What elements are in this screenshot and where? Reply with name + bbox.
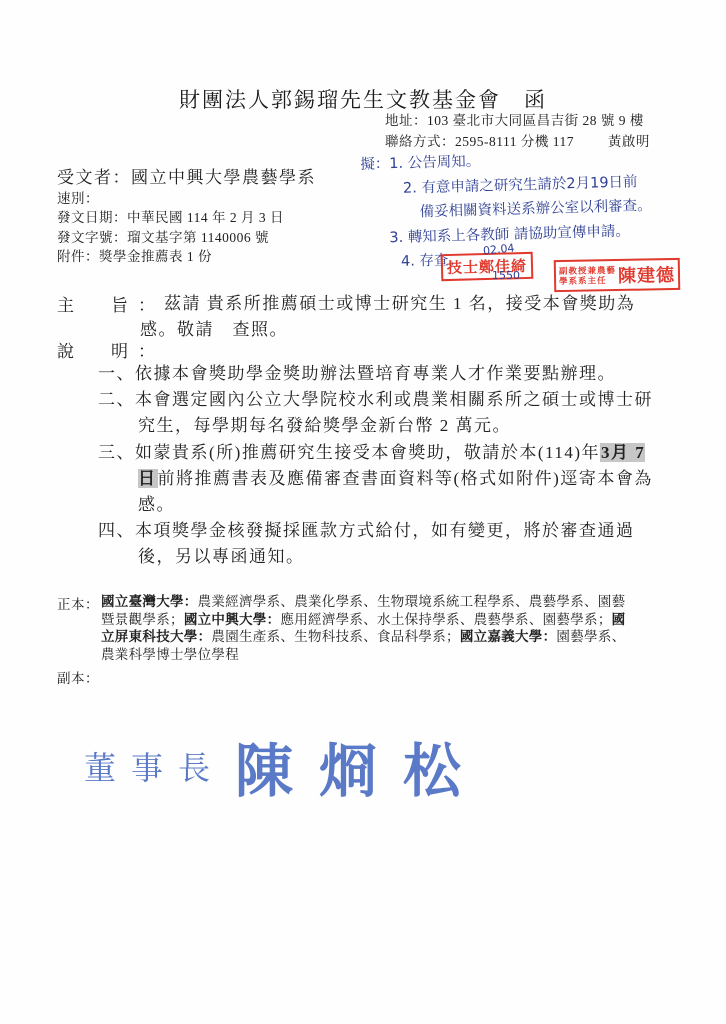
contact-number: 聯絡方式：2595-8111 分機 117	[385, 134, 574, 149]
primary-copy-label: 正本：	[57, 593, 99, 613]
scanned-letter-page: 財團法人郭錫瑠先生文教基金會 函 地址：103 臺北市大同區昌吉街 28 號 9…	[0, 0, 726, 1024]
university-name: 國立嘉義大學：	[460, 629, 557, 644]
department-chair-stamp: 副教授兼農藝 學系系主任 陳建德	[554, 258, 681, 292]
issue-date-line: 發文日期：中華民國 114 年 2 月 3 日	[57, 208, 284, 227]
cc-copy-label: 副本：	[57, 667, 99, 687]
recipient-value: 國立中興大學農藝學系	[131, 168, 316, 187]
explanation-list: 一、依據本會獎助學金獎助辦法暨培育專業人才作業要點辦理。 二、本會選定國內公立大…	[98, 361, 660, 571]
department-list: 應用經濟學系、水土保持學系、農藝學系、園藝學系；	[280, 612, 611, 627]
item-text: 本會選定國內公立大學院校水利或農業相關系所之碩士或博士研究生，每學期每名發給獎學…	[135, 390, 653, 435]
document-title: 財團法人郭錫瑠先生文教基金會 函	[0, 84, 726, 114]
doc-number-line: 發文字號：瑠文基字第 1140006 號	[57, 228, 284, 247]
subject-text: 茲請 貴系所推薦碩士或博士研究生 1 名，接受本會獎助為感。敬請 查照。	[140, 291, 660, 342]
explanation-label: 說 明：	[57, 337, 165, 362]
item-text: 依據本會獎助學金獎助辦法暨培育專業人才作業要點辦理。	[135, 364, 616, 383]
meta-block: 速別： 發文日期：中華民國 114 年 2 月 3 日 發文字號：瑠文基字第 1…	[57, 189, 284, 267]
handwritten-annotations: 擬：1. 公告周知。 2. 有意申請之研究生請於2月19日前 備妥相關資料送系辦…	[360, 143, 723, 276]
recipient-label: 受文者：	[57, 168, 131, 187]
handwritten-time-note: 1550	[492, 269, 520, 282]
explanation-item-2: 二、本會選定國內公立大學院校水利或農業相關系所之碩士或博士研究生，每學期每名發給…	[98, 387, 660, 439]
item-number: 四、	[98, 521, 135, 540]
item-number: 二、	[98, 390, 135, 409]
item-number: 三、	[98, 443, 135, 462]
address-line: 地址：103 臺北市大同區昌吉街 28 號 9 樓	[385, 111, 650, 132]
chairman-signature: 陳烱松	[235, 724, 487, 808]
speed-line: 速別：	[57, 189, 284, 208]
explanation-item-4: 四、本項獎學金核發擬採匯款方式給付，如有變更，將於審查通過後，另以專函通知。	[98, 518, 660, 570]
primary-copy-recipients: 國立臺灣大學：農業經濟學系、農業化學系、生物環境系統工程學系、農藝學系、園藝暨景…	[101, 593, 635, 663]
explanation-item-3: 三、如蒙貴系(所)推薦研究生接受本會獎助，敬請於本(114)年3月 7 日前將推…	[98, 440, 660, 519]
chair-stamp-name: 陳建德	[618, 261, 675, 288]
item-number: 一、	[98, 364, 135, 383]
university-name: 國立中興大學：	[184, 612, 281, 627]
attachment-line: 附件：獎學金推薦表 1 份	[57, 247, 284, 266]
signature-title: 董事長	[84, 743, 225, 789]
department-list: 農園生產系、生物科技系、食品科學系；	[211, 629, 459, 644]
chair-stamp-titles: 副教授兼農藝 學系系主任	[559, 265, 616, 286]
recipient-line: 受文者：國立中興大學農藝學系	[57, 163, 316, 188]
signature-block: 董事長 陳烱松	[84, 724, 487, 808]
item-text-post: 前將推薦書表及應備審查書面資料等(格式如附件)逕寄本會為感。	[138, 469, 653, 514]
university-name: 國立臺灣大學：	[101, 594, 198, 609]
item-text-pre: 如蒙貴系(所)推薦研究生接受本會獎助，敬請於本(114)年	[135, 443, 600, 462]
item-text: 本項獎學金核發擬採匯款方式給付，如有變更，將於審查通過後，另以專函通知。	[135, 521, 635, 566]
explanation-item-1: 一、依據本會獎助學金獎助辦法暨培育專業人才作業要點辦理。	[98, 361, 660, 387]
chair-title-line2: 學系系主任	[559, 275, 616, 286]
